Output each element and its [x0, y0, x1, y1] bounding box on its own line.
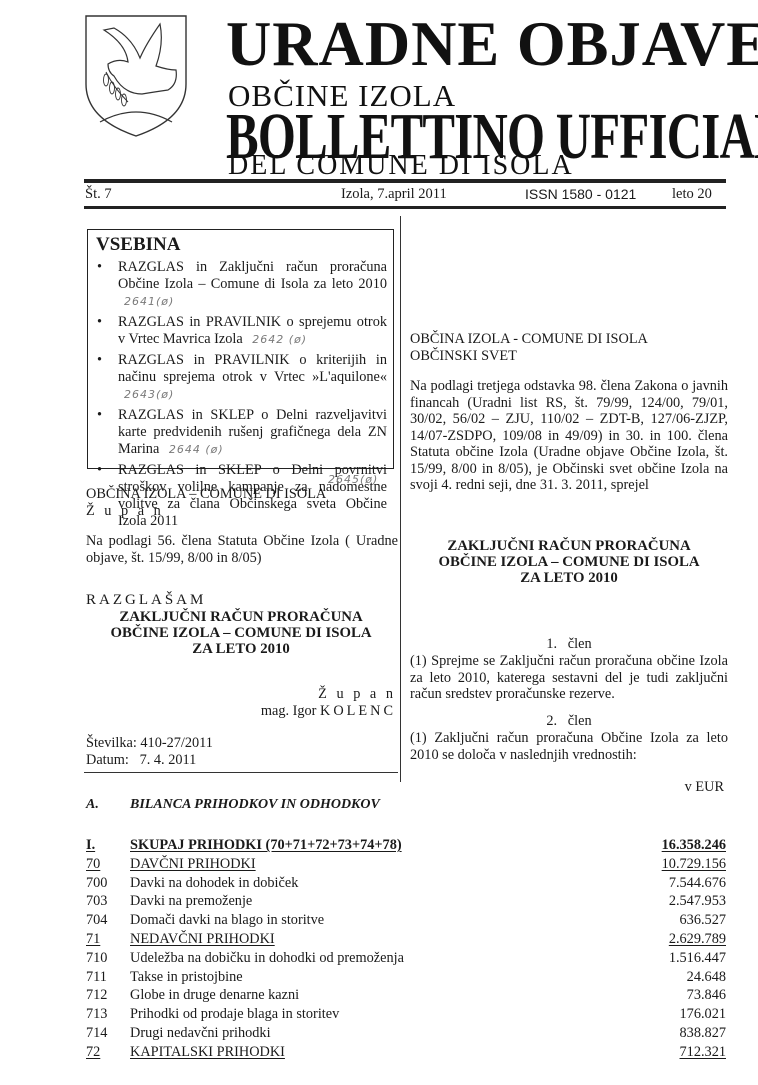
issuer-role: Ž u p a n [86, 503, 396, 520]
heading-line: OBČINE IZOLA – COMUNE DI ISOLA [86, 625, 396, 641]
right-body-text: Na podlagi tretjega odstavka 98. člena Z… [410, 378, 728, 494]
contents-box: VSEBINA • RAZGLAS in Zaključni račun pro… [87, 229, 394, 469]
account-code: 71 [86, 931, 130, 948]
account-value: 24.648 [606, 969, 726, 986]
account-label: Prihodki od prodaje blaga in storitev [130, 1006, 606, 1023]
issuer-name: OBČINA IZOLA - COMUNE DI ISOLA [410, 331, 728, 348]
table-row: 71NEDAVČNI PRIHODKI2.629.789 [86, 931, 726, 950]
masthead-rule-bottom [84, 206, 726, 209]
account-value: 636.527 [606, 912, 726, 929]
left-heading: ZAKLJUČNI RAČUN PRORAČUNA OBČINE IZOLA –… [86, 609, 396, 657]
signature-prefix: mag. Igor [261, 703, 320, 719]
account-code: 714 [86, 1025, 130, 1042]
account-code: I. [86, 837, 130, 854]
table-row: 704Domači davki na blago in storitve636.… [86, 912, 726, 931]
account-label: Domači davki na blago in storitve [130, 912, 606, 929]
volume-year: leto 20 [672, 186, 712, 203]
issuer-body: OBČINSKI SVET [410, 348, 728, 365]
account-value: 10.729.156 [606, 856, 726, 873]
contents-item-text: RAZGLAS in PRAVILNIK o kriterijih in nač… [118, 352, 387, 385]
right-heading: ZAKLJUČNI RAČUN PRORAČUNA OBČINE IZOLA –… [410, 538, 728, 586]
account-label: DAVČNI PRIHODKI [130, 856, 606, 873]
handwritten-note: 2641(ø) [124, 295, 174, 308]
article-2-title: 2. člen [410, 713, 728, 730]
table-row: 703Davki na premoženje2.547.953 [86, 893, 726, 912]
account-code: 711 [86, 969, 130, 986]
section-title: BILANCA PRIHODKOV IN ODHODKOV [130, 797, 380, 812]
left-issuer: OBČINA IZOLA – COMUNE DI ISOLA Ž u p a n [86, 486, 396, 519]
heading-line: ZAKLJUČNI RAČUN PRORAČUNA [86, 609, 396, 625]
masthead-title-slovene: URADNE OBJAVE [226, 12, 758, 76]
contents-item[interactable]: • RAZGLAS in PRAVILNIK o kriterijih in n… [94, 352, 387, 403]
article-1-text: (1) Sprejme se Zaključni račun proračuna… [410, 653, 728, 703]
account-value: 712.321 [606, 1044, 726, 1061]
contents-item[interactable]: • RAZGLAS in SKLEP o Delni razveljavitvi… [94, 407, 387, 458]
account-code: 713 [86, 1006, 130, 1023]
account-label: Davki na dohodek in dobiček [130, 875, 606, 892]
handwritten-note: 2643(ø) [124, 388, 174, 401]
heading-line: ZA LETO 2010 [86, 641, 396, 657]
section-letter: A. [86, 797, 130, 813]
masthead-subtitle-italian: DEL COMUNE DI ISOLA [228, 152, 574, 180]
issn: ISSN 1580 - 0121 [525, 186, 636, 202]
signature-name: KOLENC [320, 703, 396, 719]
bullet-icon: • [97, 259, 102, 276]
table-row: 711Takse in pristojbine24.648 [86, 969, 726, 988]
left-column-rule [84, 772, 398, 773]
issuer-name: OBČINA IZOLA – COMUNE DI ISOLA [86, 486, 396, 503]
column-divider [400, 216, 401, 782]
account-label: SKUPAJ PRIHODKI (70+71+72+73+74+78) [130, 837, 606, 854]
coat-of-arms-dove-icon [84, 14, 188, 138]
account-label: Drugi nedavčni prihodki [130, 1025, 606, 1042]
table-row: I.SKUPAJ PRIHODKI (70+71+72+73+74+78)16.… [86, 837, 726, 856]
account-label: Globe in druge denarne kazni [130, 987, 606, 1004]
account-code: 704 [86, 912, 130, 929]
account-value: 16.358.246 [606, 837, 726, 854]
table-row: 713Prihodki od prodaje blaga in storitev… [86, 1006, 726, 1025]
handwritten-note: 2644 (ø) [169, 443, 224, 456]
table-row: 700Davki na dohodek in dobiček7.544.676 [86, 875, 726, 894]
table-row: 712Globe in druge denarne kazni73.846 [86, 987, 726, 1006]
right-issuer: OBČINA IZOLA - COMUNE DI ISOLA OBČINSKI … [410, 331, 728, 364]
account-code: 70 [86, 856, 130, 873]
bullet-icon: • [97, 462, 102, 479]
account-code: 712 [86, 987, 130, 1004]
heading-line: ZA LETO 2010 [410, 570, 728, 586]
account-value: 2.547.953 [606, 893, 726, 910]
account-value: 838.827 [606, 1025, 726, 1042]
heading-line: OBČINE IZOLA – COMUNE DI ISOLA [410, 554, 728, 570]
account-label: Udeležba na dobičku in dohodki od premož… [130, 950, 606, 967]
table-row: 710Udeležba na dobičku in dohodki od pre… [86, 950, 726, 969]
contents-item[interactable]: • RAZGLAS in Zaključni račun proračuna O… [94, 259, 387, 310]
handwritten-note: 2645(ø) [328, 473, 378, 486]
currency-unit: v EUR [600, 779, 724, 796]
account-value: 73.846 [606, 987, 726, 1004]
account-value: 7.544.676 [606, 875, 726, 892]
account-code: 700 [86, 875, 130, 892]
contents-item[interactable]: • RAZGLAS in PRAVILNIK o sprejemu otrok … [94, 314, 387, 348]
reference-date: Datum: 7. 4. 2011 [86, 752, 396, 769]
account-value: 1.516.447 [606, 950, 726, 967]
issue-date: Izola, 7.april 2011 [341, 186, 447, 203]
table-row: 72KAPITALSKI PRIHODKI712.321 [86, 1044, 726, 1063]
heading-line: ZAKLJUČNI RAČUN PRORAČUNA [410, 538, 728, 554]
bullet-icon: • [97, 407, 102, 424]
article-1-title: 1. člen [410, 636, 728, 653]
account-code: 72 [86, 1044, 130, 1061]
table-row: 70DAVČNI PRIHODKI10.729.156 [86, 856, 726, 875]
contents-item-text: RAZGLAS in Zaključni račun proračuna Obč… [118, 259, 387, 292]
account-code: 710 [86, 950, 130, 967]
reference-number: Številka: 410-27/2011 [86, 735, 396, 752]
contents-item-text: RAZGLAS in SKLEP o Delni razveljavitvi k… [118, 407, 387, 457]
table-row: 714Drugi nedavčni prihodki838.827 [86, 1025, 726, 1044]
masthead-rule-top [84, 179, 726, 183]
article-2-text: (1) Zaključni račun proračuna Občine Izo… [410, 730, 728, 763]
account-label: NEDAVČNI PRIHODKI [130, 931, 606, 948]
signature-title: Ž u p a n [86, 686, 396, 703]
handwritten-note: 2642 (ø) [252, 333, 307, 346]
left-body-text: Na podlagi 56. člena Statuta Občine Izol… [86, 533, 398, 566]
bullet-icon: • [97, 314, 102, 331]
section-heading: A.BILANCA PRIHODKOV IN ODHODKOV [86, 797, 380, 813]
account-code: 703 [86, 893, 130, 910]
bullet-icon: • [97, 352, 102, 369]
account-value: 2.629.789 [606, 931, 726, 948]
account-label: Davki na premoženje [130, 893, 606, 910]
contents-title: VSEBINA [96, 234, 387, 256]
account-value: 176.021 [606, 1006, 726, 1023]
account-label: KAPITALSKI PRIHODKI [130, 1044, 606, 1061]
revenue-table: I.SKUPAJ PRIHODKI (70+71+72+73+74+78)16.… [86, 837, 726, 1063]
account-label: Takse in pristojbine [130, 969, 606, 986]
proclamation-label: RAZGLAŠAM [86, 592, 206, 609]
document-references: Številka: 410-27/2011 Datum: 7. 4. 2011 [86, 735, 396, 768]
issue-number: Št. 7 [85, 186, 112, 203]
signature-block: Ž u p a n mag. Igor KOLENC [86, 686, 396, 719]
